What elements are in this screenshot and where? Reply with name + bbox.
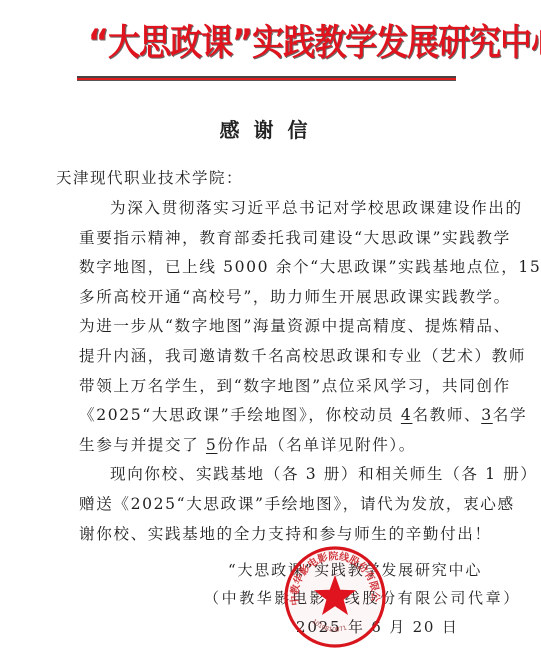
- body-line: 谢你校、实践基地的全力支持和参与师生的辛勤付出！: [79, 520, 459, 550]
- official-seal-icon: 中教华影电影院线股份有限公司 1010810871: [283, 545, 387, 649]
- students-count: 3: [481, 406, 493, 424]
- salutation: 天津现代职业技术学院：: [56, 166, 243, 188]
- body-line: 数字地图，已上线 5000 余个“大思政课”实践基地点位，1500: [79, 253, 459, 283]
- body-line-works: 生参与并提交了 5份作品（名单详见附件）。: [79, 431, 459, 461]
- body-line: 为深入贯彻落实习近平总书记对学校思政课建设作出的: [79, 194, 459, 224]
- body-line: 带领上万名学生，到“数字地图”点位采风学习，共同创作: [79, 372, 459, 402]
- body-line: 现向你校、实践基地（各 3 册）和相关师生（各 1 册）: [79, 460, 459, 490]
- body-line-participants: 《2025“大思政课”手绘地图》，你校动员 4名教师、3名学: [79, 401, 459, 431]
- text-segment: 名教师、: [412, 406, 481, 424]
- body-line: 为进一步从“数字地图”海量资源中提高精度、提炼精品、: [79, 312, 459, 342]
- body-line: 赠送《2025“大思政课”手绘地图》，请代为发放，衷心感: [79, 490, 459, 520]
- text-segment: 《2025“大思政课”手绘地图》，你校动员: [79, 406, 394, 424]
- document-title: 感谢信: [0, 114, 541, 143]
- body-line: 多所高校开通“高校号”，助力师生开展思政课实践教学。: [79, 283, 459, 313]
- body-line: 重要指示精神，教育部委托我司建设“大思政课”实践教学: [79, 224, 459, 254]
- letterhead-title: “大思政课”实践教学发展研究中心: [88, 14, 458, 66]
- text-segment: 生参与并提交了: [79, 436, 199, 454]
- body-line: 提升内涵，我司邀请数千名高校思政课和专业（艺术）教师: [79, 342, 459, 372]
- letter-body: 为深入贯彻落实习近平总书记对学校思政课建设作出的 重要指示精神，教育部委托我司建…: [79, 194, 459, 549]
- text-segment: 名学: [493, 406, 527, 424]
- teachers-count: 4: [401, 406, 413, 424]
- text-segment: 份作品（名单详见附件）。: [217, 436, 416, 454]
- works-count: 5: [206, 436, 218, 454]
- letterhead-rule-dark-bottom: [77, 80, 456, 81]
